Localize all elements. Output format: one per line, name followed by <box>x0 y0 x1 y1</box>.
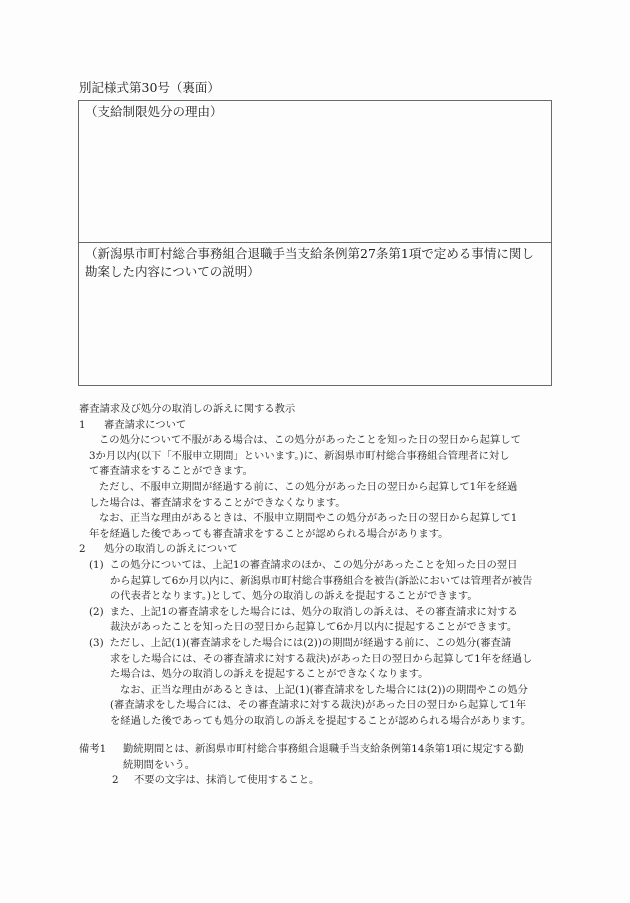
section1-line: 3か月以内(以下「不服申立期間」といいます。)に、新潟県市町村総合事務組合管理者… <box>79 449 554 465</box>
item-1-line: から起算して6か月以内に、新潟県市町村総合事務組合を被告(訴訟においては管理者が… <box>79 574 554 590</box>
section1-title: 審査請求について <box>97 419 186 431</box>
section1-line: 年を経過した後であっても審査請求をすることが認められる場合があります。 <box>79 527 554 543</box>
item-3-line: を経過した後であっても処分の取消しの訴えを提起することが認められる場合があります… <box>79 714 554 730</box>
instructions-heading: 審査請求及び処分の取消しの訴えに関する教示 <box>79 402 554 418</box>
explanation-label: （新潟県市町村総合事務組合退職手当支給条例第27条第1項で定める事情に関し勘案し… <box>85 245 545 281</box>
item-2-line: (2)また、上記1の審査請求をした場合には、処分の取消しの訴えは、その審査請求に… <box>79 605 554 621</box>
item-3-line: なお、正当な理由があるときは、上記(1)(審査請求をした場合には(2))の期間や… <box>79 683 554 699</box>
reason-label: （支給制限処分の理由） <box>85 103 545 121</box>
remarks-label: 備考1 <box>79 742 123 758</box>
remark-1-line: 備考1勤続期間とは、新潟県市町村総合事務組合退職手当支給条例第14条第1項に規定… <box>79 742 554 758</box>
section2-number: 2 <box>79 542 97 558</box>
item-1-label: (1) <box>89 559 104 571</box>
item-3-line: 求をした場合には、その審査請求に対する裁決)があった日の翌日から起算して1年を経… <box>79 652 554 668</box>
remarks: 備考1勤続期間とは、新潟県市町村総合事務組合退職手当支給条例第14条第1項に規定… <box>79 742 554 789</box>
section2-title: 処分の取消しの訴えについて <box>97 543 238 555</box>
item-3-label: (3) <box>89 637 104 649</box>
section1-line: この処分について不服がある場合は、この処分があったことを知った日の翌日から起算し… <box>79 433 554 449</box>
reason-section[interactable]: （支給制限処分の理由） <box>79 101 551 243</box>
section2-heading: 2処分の取消しの訴えについて <box>79 542 554 558</box>
remark-2-line: 2不要の文字は、抹消して使用すること。 <box>79 773 554 789</box>
section1-line: ただし、不服申立期間が経過する前に、この処分があった日の翌日から起算して1年を経… <box>79 480 554 496</box>
form-box: （支給制限処分の理由） （新潟県市町村総合事務組合退職手当支給条例第27条第1項… <box>78 100 552 386</box>
section1-line: なお、正当な理由があるときは、不服申立期間やこの処分があった日の翌日から起算して… <box>79 511 554 527</box>
item-2-label: (2) <box>89 606 104 618</box>
section1-line: した場合は、審査請求をすることができなくなります。 <box>79 496 554 512</box>
item-1-line: の代表者となります。)として、処分の取消しの訴えを提起することができます。 <box>79 589 554 605</box>
section1-heading: 1審査請求について <box>79 418 554 434</box>
item-1-line: (1)この処分については、上記1の審査請求のほか、この処分があったことを知った日… <box>79 558 554 574</box>
item-3-line: (3)ただし、上記(1)(審査請求をした場合には(2))の期間が経過する前に、こ… <box>79 636 554 652</box>
instructions: 審査請求及び処分の取消しの訴えに関する教示 1審査請求について この処分について… <box>79 402 554 729</box>
form-title: 別記様式第30号（裏面） <box>79 80 220 96</box>
section1-line: て審査請求をすることができます。 <box>79 464 554 480</box>
remark-2-text: 不要の文字は、抹消して使用すること。 <box>134 774 319 786</box>
remark-2-number: 2 <box>79 773 123 789</box>
item-3-line: た場合は、処分の取消しの訴えを提起することができなくなります。 <box>79 667 554 683</box>
item-3-line: (審査請求をした場合には、その審査請求に対する裁決)があった日の翌日から起算して… <box>79 698 554 714</box>
explanation-section[interactable]: （新潟県市町村総合事務組合退職手当支給条例第27条第1項で定める事情に関し勘案し… <box>79 243 551 385</box>
section1-number: 1 <box>79 418 97 434</box>
item-2-line: 裁決があったことを知った日の翌日から起算して6か月以内に提起することができます。 <box>79 620 554 636</box>
remark-1-line: 続期間をいう。 <box>79 758 554 774</box>
